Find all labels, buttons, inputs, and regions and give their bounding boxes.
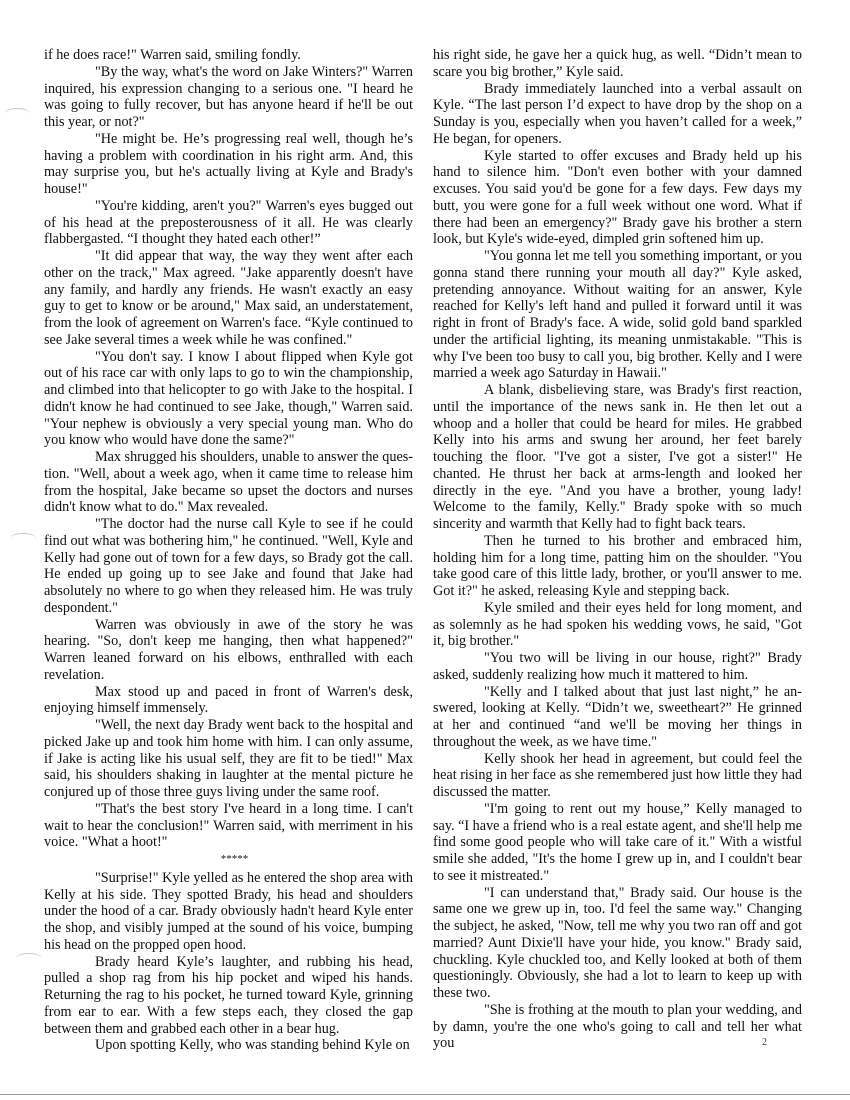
paragraph: his right side, he gave her a quick hug,… <box>433 47 802 81</box>
bottom-rule <box>0 1094 850 1095</box>
paragraph: "He might be. He’s progressing real well… <box>44 131 413 198</box>
scan-margin-mark <box>10 533 36 544</box>
paragraph: Kyle smiled and their eyes held for long… <box>433 600 802 650</box>
paragraph: Kyle started to offer excuses and Brady … <box>433 148 802 249</box>
paragraph: Then he turned to his brother and embrac… <box>433 533 802 600</box>
paragraph: "You don't say. I know I about flipped w… <box>44 349 413 450</box>
paragraph: "Well, the next day Brady went back to t… <box>44 717 413 801</box>
paragraph: Brady immediately launched into a verbal… <box>433 81 802 148</box>
paragraph: "Kelly and I talked about that just last… <box>433 684 802 751</box>
paragraph: A blank, disbelieving stare, was Brady's… <box>433 382 802 533</box>
document-page: if he does race!" Warren said, smiling f… <box>0 0 850 1100</box>
paragraph: "Surprise!" Kyle yelled as he entered th… <box>44 870 413 954</box>
paragraph: if he does race!" Warren said, smiling f… <box>44 47 413 64</box>
paragraph: "I'm going to rent out my house,” Kelly … <box>433 801 802 885</box>
paragraph: "By the way, what's the word on Jake Win… <box>44 64 413 131</box>
paragraph: Upon spotting Kelly, who was standing be… <box>44 1037 413 1054</box>
right-column: his right side, he gave her a quick hug,… <box>433 47 802 1052</box>
left-column: if he does race!" Warren said, smiling f… <box>44 47 413 1054</box>
scan-margin-mark <box>16 953 42 964</box>
paragraph: Max shrugged his shoulders, unable to an… <box>44 449 413 516</box>
paragraph: "It did appear that way, the way they we… <box>44 248 413 349</box>
paragraph: "You're kidding, aren't you?" Warren's e… <box>44 198 413 248</box>
page-number: 2 <box>762 1037 767 1048</box>
paragraph: "I can understand that," Brady said. Our… <box>433 885 802 1002</box>
paragraph: Max stood up and paced in front of Warre… <box>44 684 413 718</box>
paragraph: "That's the best story I've heard in a l… <box>44 801 413 851</box>
paragraph: "She is frothing at the mouth to plan yo… <box>433 1002 802 1052</box>
paragraph: "You gonna let me tell you something imp… <box>433 248 802 382</box>
paragraph: Brady heard Kyle’s laughter, and rubbing… <box>44 954 413 1038</box>
paragraph: "You two will be living in our house, ri… <box>433 650 802 684</box>
scene-break-separator: ***** <box>44 851 413 868</box>
paragraph: Kelly shook her head in agreement, but c… <box>433 751 802 801</box>
paragraph: Warren was obviously in awe of the story… <box>44 617 413 684</box>
scan-margin-mark <box>4 108 30 119</box>
paragraph: "The doctor had the nurse call Kyle to s… <box>44 516 413 617</box>
